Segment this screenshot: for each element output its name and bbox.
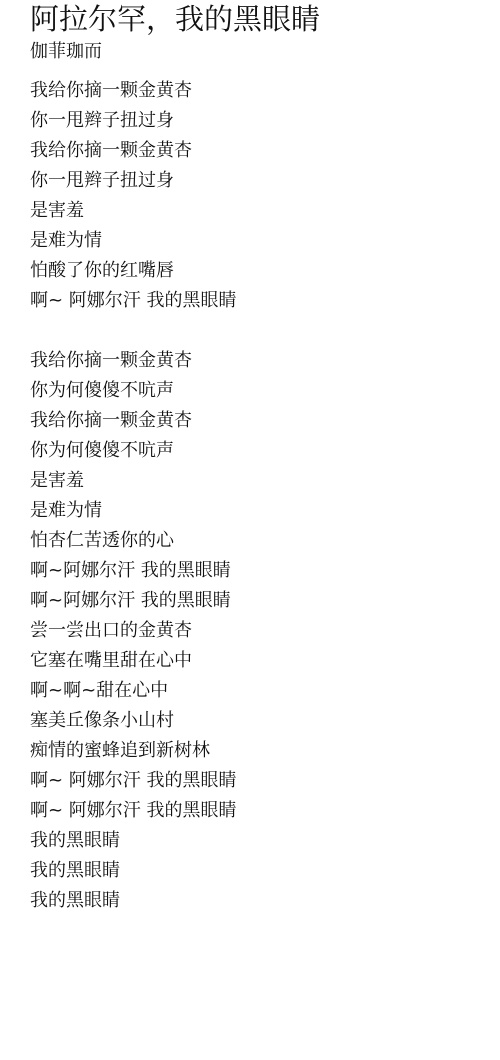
lyric-line: 你为何傻傻不吭声 — [30, 376, 500, 406]
lyric-line: 啊~ 阿娜尔汗 我的黑眼睛 — [30, 796, 500, 826]
lyric-line: 怕酸了你的红嘴唇 — [30, 256, 500, 286]
lyric-line: 啊~阿娜尔汗 我的黑眼睛 — [30, 556, 500, 586]
lyric-line: 是害羞 — [30, 196, 500, 226]
lyrics-page: 阿拉尔罕，我的黑眼睛 伽菲珈而 我给你摘一颗金黄杏 你一甩辫子扭过身 我给你摘一… — [30, 0, 500, 916]
lyric-line: 我给你摘一颗金黄杏 — [30, 406, 500, 436]
lyric-line: 它塞在嘴里甜在心中 — [30, 646, 500, 676]
lyric-line: 你一甩辫子扭过身 — [30, 106, 500, 136]
lyric-line: 啊~啊~甜在心中 — [30, 676, 500, 706]
lyric-line: 啊~ 阿娜尔汗 我的黑眼睛 — [30, 286, 500, 316]
lyric-line: 啊~ 阿娜尔汗 我的黑眼睛 — [30, 766, 500, 796]
lyric-line: 痴情的蜜蜂追到新树林 — [30, 736, 500, 766]
lyric-line: 你为何傻傻不吭声 — [30, 436, 500, 466]
lyric-line: 我给你摘一颗金黄杏 — [30, 346, 500, 376]
lyric-line: 我给你摘一颗金黄杏 — [30, 136, 500, 166]
lyric-line: 塞美丘像条小山村 — [30, 706, 500, 736]
lyric-line: 我的黑眼睛 — [30, 886, 500, 916]
lyric-line: 我的黑眼睛 — [30, 826, 500, 856]
lyric-line: 你一甩辫子扭过身 — [30, 166, 500, 196]
lyric-line: 我的黑眼睛 — [30, 856, 500, 886]
lyric-line: 我给你摘一颗金黄杏 — [30, 76, 500, 106]
lyric-line: 怕杏仁苦透你的心 — [30, 526, 500, 556]
song-title: 阿拉尔罕，我的黑眼睛 — [30, 0, 500, 38]
lyrics-body: 我给你摘一颗金黄杏 你一甩辫子扭过身 我给你摘一颗金黄杏 你一甩辫子扭过身 是害… — [30, 76, 500, 916]
artist-name: 伽菲珈而 — [30, 38, 500, 66]
lyric-line: 是害羞 — [30, 466, 500, 496]
lyric-line: 尝一尝出口的金黄杏 — [30, 616, 500, 646]
lyric-line: 啊~阿娜尔汗 我的黑眼睛 — [30, 586, 500, 616]
lyric-line: 是难为情 — [30, 226, 500, 256]
stanza-break — [30, 316, 500, 346]
lyric-line: 是难为情 — [30, 496, 500, 526]
